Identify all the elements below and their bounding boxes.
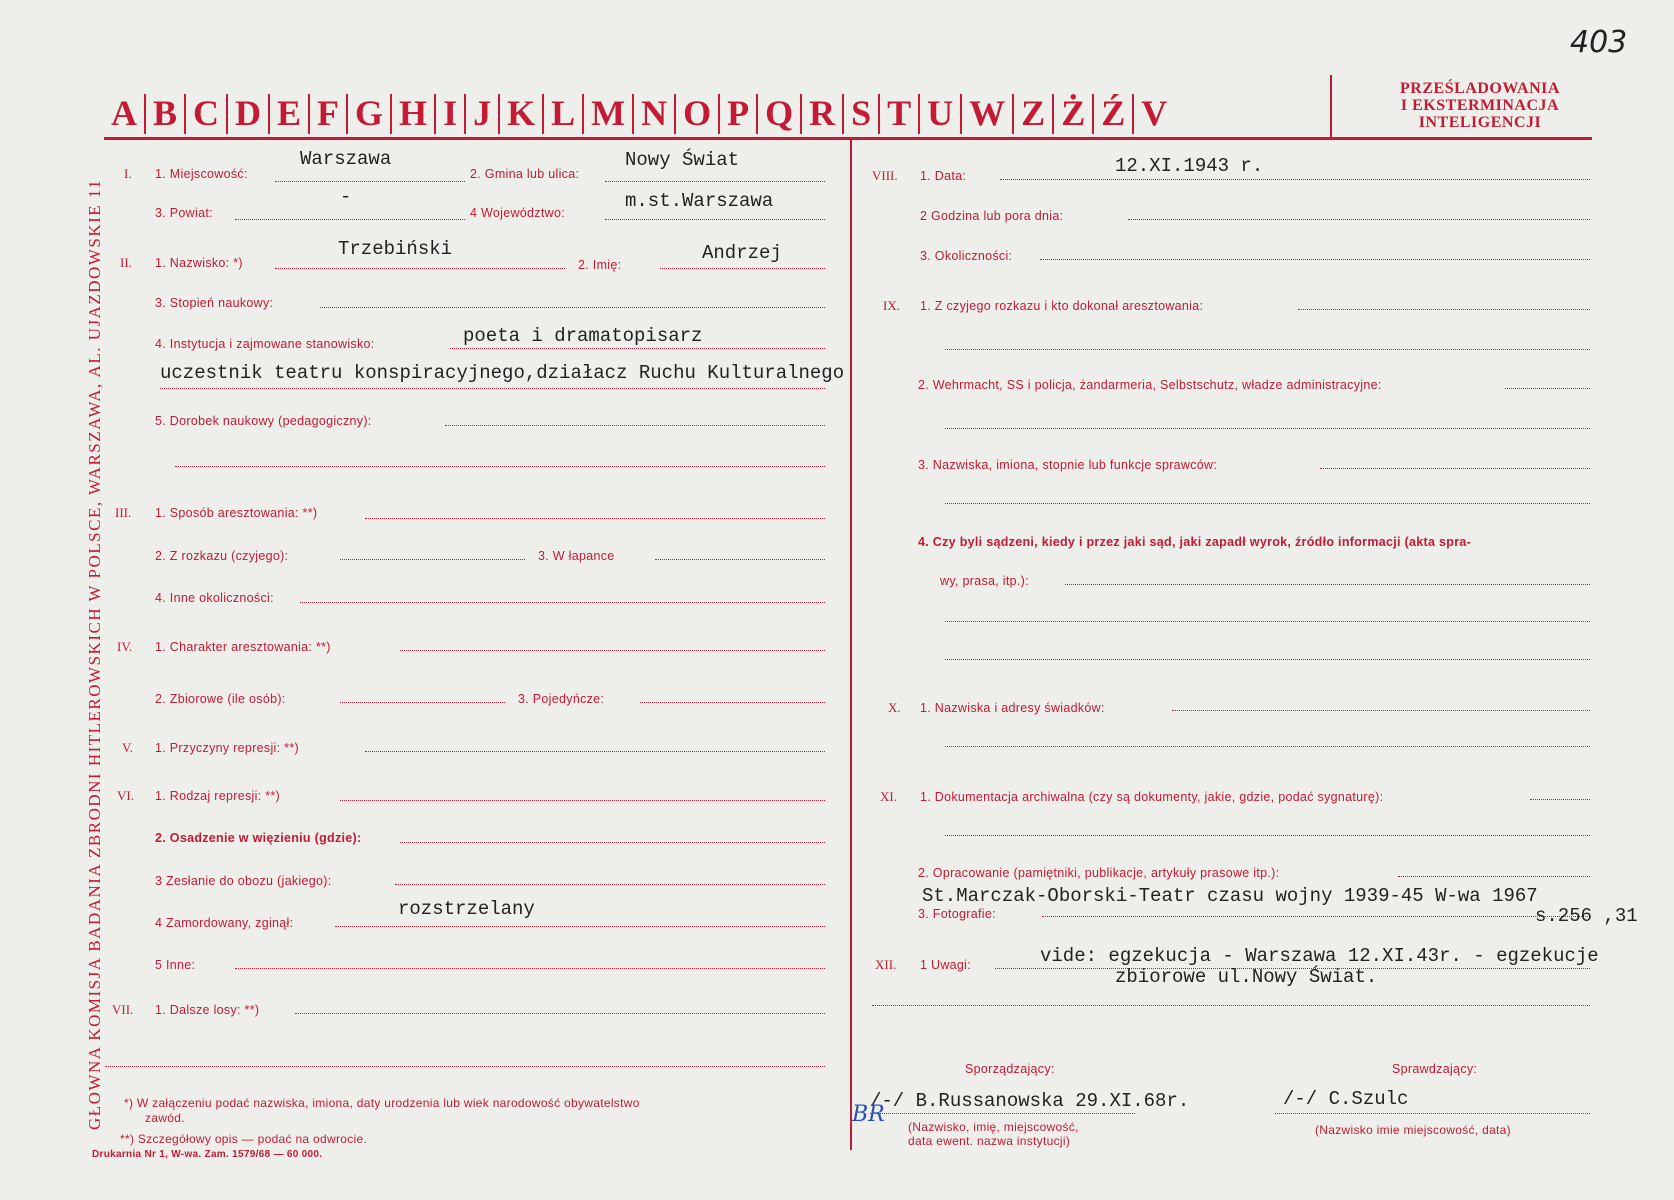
sporzadzajacy-line	[870, 1113, 1135, 1114]
printer-imprint: Drukarnia Nr 1, W-wa. Zam. 1579/68 — 60 …	[92, 1149, 322, 1160]
index-letter: V	[1134, 92, 1174, 134]
dokumentacja-label: 1. Dokumentacja archiwalna (czy są dokum…	[920, 790, 1383, 804]
czy-byli-sadzeni-label-cont: wy, prasa, itp.):	[940, 574, 1029, 588]
section-IV-numeral: IV.	[117, 639, 132, 655]
imie-value[interactable]: Andrzej	[702, 242, 782, 264]
sprawdzajacy-label: Sprawdzający:	[1392, 1062, 1477, 1076]
fotografie-line	[1042, 916, 1590, 917]
dokumentacja-line-2	[945, 835, 1590, 836]
header-divider	[1330, 75, 1332, 138]
gmina-label: 2. Gmina lub ulica:	[470, 167, 579, 181]
footnote-1: *) W załączeniu podać nazwiska, imiona, …	[124, 1096, 640, 1110]
zamordowany-label: 4 Zamordowany, zginął:	[155, 916, 293, 930]
index-letter: E	[270, 92, 308, 134]
data-line	[1000, 179, 1590, 180]
czy-byli-sadzeni-line	[1065, 584, 1590, 585]
index-letter: O	[676, 92, 718, 134]
miejscowosc-line	[275, 181, 465, 182]
title-line-3: INTELIGENCJI	[1355, 114, 1605, 131]
sporzadzajacy-hint-1: (Nazwisko, imię, miejscowość,	[908, 1120, 1079, 1134]
uwagi-value[interactable]: vide: egzekucja - Warszawa 12.XI.43r. - …	[1040, 945, 1599, 967]
section-XII-numeral: XII.	[875, 957, 896, 973]
section-VI-numeral: VI.	[117, 788, 134, 804]
dokumentacja-line	[1530, 799, 1590, 800]
instytucja-line-2	[160, 388, 825, 389]
index-letter: N	[634, 92, 674, 134]
handwritten-initials: BR	[852, 1102, 885, 1127]
wojewodztwo-line	[605, 219, 825, 220]
opracowanie-line	[1398, 876, 1590, 877]
index-letter: W	[962, 92, 1012, 134]
wojewodztwo-label: 4 Województwo:	[470, 206, 565, 220]
dalsze-losy-line	[295, 1013, 825, 1014]
wojewodztwo-value[interactable]: m.st.Warszawa	[625, 190, 773, 212]
section-II-numeral: II.	[120, 255, 132, 271]
gmina-value[interactable]: Nowy Świat	[625, 149, 739, 171]
inne-line	[235, 968, 825, 969]
przyczyny-label: 1. Przyczyny represji: **)	[155, 741, 299, 755]
zeslanie-label: 3 Zesłanie do obozu (jakiego):	[155, 874, 331, 888]
swiadkowie-label: 1. Nazwiska i adresy świadków:	[920, 701, 1105, 715]
section-III-numeral: III.	[115, 505, 131, 521]
osadzenie-line	[400, 842, 825, 843]
inne-label: 5 Inne:	[155, 958, 195, 972]
dalsze-losy-label: 1. Dalsze losy: **)	[155, 1003, 259, 1017]
section-XI-numeral: XI.	[880, 789, 897, 805]
index-letter: Q	[758, 92, 800, 134]
index-letter: B	[146, 92, 184, 134]
pojedyncze-label: 3. Pojedyńcze:	[518, 692, 604, 706]
charakter-label: 1. Charakter aresztowania: **)	[155, 640, 331, 654]
wehrmacht-line	[1505, 388, 1590, 389]
index-letter: U	[920, 92, 960, 134]
index-letter: Ż	[1054, 92, 1092, 134]
stopien-label: 3. Stopień naukowy:	[155, 296, 273, 310]
nazwiska-sprawcow-line-2	[945, 503, 1590, 504]
dorobek-line	[445, 425, 825, 426]
index-letter: A	[104, 92, 144, 134]
form-title: PRZEŚLADOWANIA I EKSTERMINACJA INTELIGEN…	[1355, 80, 1605, 131]
data-value[interactable]: 12.XI.1943 r.	[1115, 155, 1263, 177]
osadzenie-label: 2. Osadzenie w więzieniu (gdzie):	[155, 831, 361, 845]
stopien-line	[320, 307, 825, 308]
powiat-label: 3. Powiat:	[155, 206, 213, 220]
header-rule	[104, 137, 1592, 140]
index-letter: S	[844, 92, 878, 134]
instytucja-label: 4. Instytucja i zajmowane stanowisko:	[155, 337, 375, 351]
nazwisko-line	[275, 268, 565, 269]
zamordowany-value[interactable]: rozstrzelany	[398, 898, 535, 920]
index-letter: R	[802, 92, 842, 134]
section-X-numeral: X.	[888, 700, 901, 716]
footnote-1-cont: zawód.	[145, 1111, 185, 1125]
title-line-2: I EKSTERMINACJA	[1355, 97, 1605, 114]
fotografie-value[interactable]: s.256 ,31	[1535, 905, 1638, 927]
uwagi-line-2	[872, 1005, 1590, 1006]
przyczyny-line	[365, 751, 825, 752]
w-lapance-label: 3. W łapance	[538, 549, 615, 563]
zamordowany-line	[335, 926, 825, 927]
index-letter: G	[348, 92, 390, 134]
opracowanie-label: 2. Opracowanie (pamiętniki, publikacje, …	[918, 866, 1279, 880]
index-letter: H	[392, 92, 434, 134]
section-I-numeral: I.	[124, 166, 132, 182]
wehrmacht-label: 2. Wehrmacht, SS i policja, żandarmeria,…	[918, 378, 1382, 392]
nazwisko-label: 1. Nazwisko: *)	[155, 256, 243, 270]
index-letter: D	[228, 92, 268, 134]
index-letter: F	[310, 92, 346, 134]
footnote-2: **) Szczegółowy opis — podać na odwrocie…	[120, 1132, 367, 1146]
section-V-numeral: V.	[122, 740, 133, 756]
z-czyjego-rozkazu-label: 1. Z czyjego rozkazu i kto dokonał aresz…	[920, 299, 1203, 313]
czy-byli-sadzeni-line-3	[945, 659, 1590, 660]
index-letter: Z	[1014, 92, 1052, 134]
uwagi-value-cont[interactable]: zbiorowe ul.Nowy Świat.	[1115, 966, 1377, 988]
imie-line	[660, 268, 825, 269]
charakter-line	[400, 650, 825, 651]
imie-label: 2. Imię:	[578, 258, 621, 272]
column-divider	[850, 140, 852, 1150]
godzina-line	[1128, 219, 1590, 220]
section-VII-numeral: VII.	[112, 1002, 133, 1018]
nazwisko-value[interactable]: Trzebiński	[338, 238, 452, 260]
nazwiska-sprawcow-label: 3. Nazwiska, imiona, stopnie lub funkcje…	[918, 458, 1217, 472]
inne-okolicznosci-label: 4. Inne okoliczności:	[155, 591, 274, 605]
nazwiska-sprawcow-line	[1320, 468, 1590, 469]
swiadkowie-line-2	[945, 746, 1590, 747]
index-letter: C	[186, 92, 226, 134]
miejscowosc-value[interactable]: Warszawa	[300, 148, 391, 170]
rodzaj-represji-line	[340, 800, 825, 801]
index-letter: I	[436, 92, 464, 134]
okolicznosci-line	[1040, 259, 1590, 260]
uwagi-label: 1 Uwagi:	[920, 958, 971, 972]
godzina-label: 2 Godzina lub pora dnia:	[920, 209, 1063, 223]
dalsze-losy-line-2	[105, 1066, 825, 1067]
powiat-value[interactable]: -	[340, 186, 351, 208]
fotografie-label: 3. Fotografie:	[918, 907, 996, 921]
sprawdzajacy-line	[1275, 1113, 1590, 1114]
zeslanie-line	[395, 884, 825, 885]
index-letter: T	[880, 92, 918, 134]
index-letter: K	[500, 92, 542, 134]
miejscowosc-label: 1. Miejscowość:	[155, 167, 248, 181]
index-letter: J	[466, 92, 498, 134]
sporzadzajacy-label: Sporządzający:	[965, 1062, 1055, 1076]
sporzadzajacy-hint-2: data ewent. nazwa instytucji)	[908, 1134, 1070, 1148]
sposob-line	[365, 518, 825, 519]
sprawdzajacy-hint: (Nazwisko imie miejscowość, data)	[1315, 1123, 1511, 1137]
gmina-line	[605, 181, 825, 182]
z-czyjego-rozkazu-line-2	[945, 349, 1590, 350]
instytucja-value[interactable]: poeta i dramatopisarz	[463, 325, 702, 347]
dorobek-label: 5. Dorobek naukowy (pedagogiczny):	[155, 414, 372, 428]
opracowanie-value[interactable]: St.Marczak-Oborski-Teatr czasu wojny 193…	[922, 885, 1538, 907]
wehrmacht-line-2	[945, 428, 1590, 429]
alphabet-index: ABCDEFGHIJKLMNOPQRSTUWZŻŹV	[104, 92, 1174, 134]
index-letter: Ź	[1094, 92, 1132, 134]
zbiorowe-line	[340, 702, 505, 703]
instytucja-line	[450, 348, 825, 349]
z-rozkazu-label: 2. Z rozkazu (czyjego):	[155, 549, 288, 563]
w-lapance-line	[655, 559, 825, 560]
z-rozkazu-line	[340, 559, 525, 560]
sporzadzajacy-value[interactable]: /-/ B.Russanowska 29.XI.68r.	[870, 1090, 1189, 1112]
dorobek-line-2	[175, 466, 825, 467]
data-label: 1. Data:	[920, 169, 966, 183]
index-letter: L	[544, 92, 582, 134]
title-line-1: PRZEŚLADOWANIA	[1355, 80, 1605, 97]
czy-byli-sadzeni-line-2	[945, 621, 1590, 622]
zbiorowe-label: 2. Zbiorowe (ile osób):	[155, 692, 286, 706]
index-letter: M	[584, 92, 632, 134]
inne-okolicznosci-line	[300, 602, 825, 603]
section-IX-numeral: IX.	[883, 298, 900, 314]
z-czyjego-rozkazu-line	[1298, 309, 1590, 310]
sposob-label: 1. Sposób aresztowania: **)	[155, 506, 317, 520]
powiat-line	[235, 219, 465, 220]
swiadkowie-line	[1172, 710, 1590, 711]
index-letter: P	[720, 92, 756, 134]
rodzaj-represji-label: 1. Rodzaj represji: **)	[155, 789, 280, 803]
instytucja-value-cont[interactable]: uczestnik teatru konspiracyjnego,działac…	[160, 362, 844, 384]
okolicznosci-label: 3. Okoliczności:	[920, 249, 1012, 263]
sprawdzajacy-value[interactable]: /-/ C.Szulc	[1283, 1088, 1408, 1110]
page-number: 403	[1570, 25, 1627, 60]
commission-address: GŁOWNA KOMISJA BADANIA ZBRODNI HITLEROWS…	[85, 179, 105, 1130]
section-VIII-numeral: VIII.	[872, 168, 898, 184]
pojedyncze-line	[640, 702, 825, 703]
czy-byli-sadzeni-label: 4. Czy byli sądzeni, kiedy i przez jaki …	[918, 535, 1471, 549]
